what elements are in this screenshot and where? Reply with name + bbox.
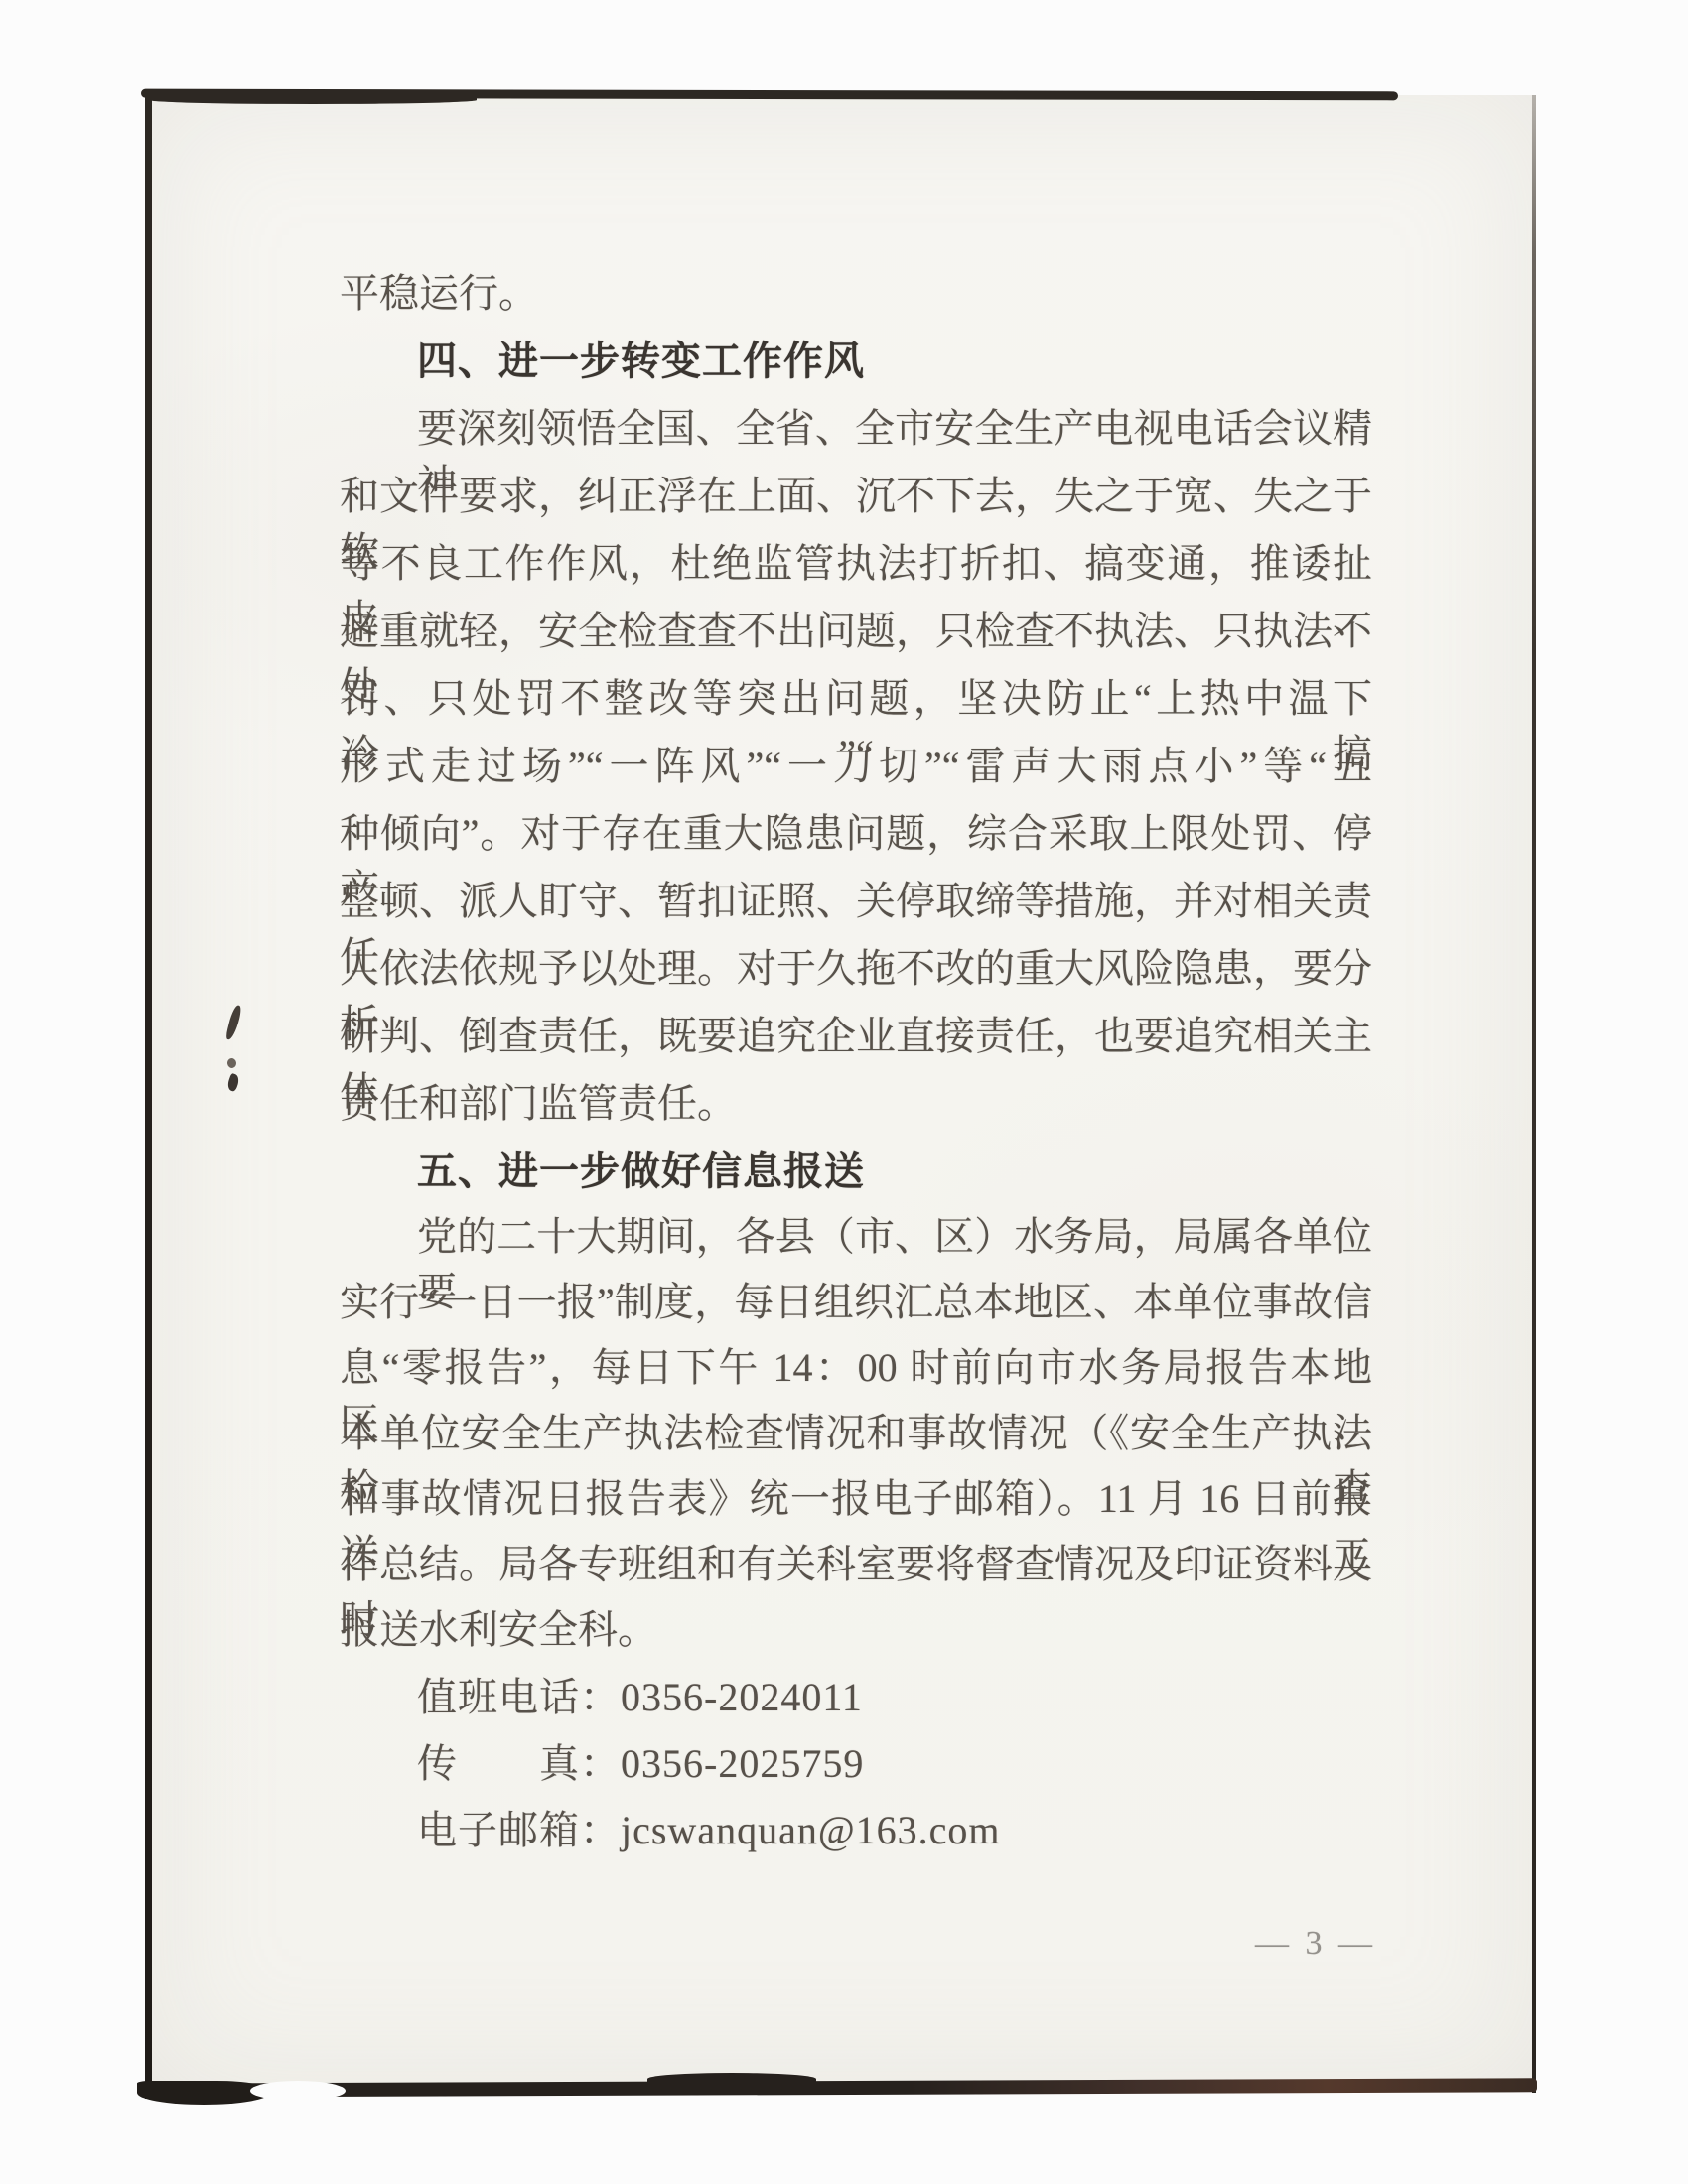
body-line-10: 整顿、派人盯守、暂扣证照、关停取缔等措施，并对相关责任 xyxy=(340,874,1372,929)
body-line-20: 作总结。局各专班组和有关科室要将督查情况及印证资料及时 xyxy=(340,1537,1372,1592)
body-line-13: 责任和部门监管责任。 xyxy=(340,1076,737,1132)
body-line-1: 平稳运行。 xyxy=(340,266,538,322)
page-number: — 3 — xyxy=(1231,1920,1400,1968)
paper-edge-bottom-notch xyxy=(250,2081,346,2101)
paper-edge-right xyxy=(1532,95,1536,2093)
body-line-19: 和事故情况日报告表》统一报电子邮箱）。11 月 16 日前报送工 xyxy=(340,1471,1372,1527)
body-line-11: 人依法依规予以处理。对于久拖不改的重大风险隐患，要分析 xyxy=(340,941,1372,997)
body-line-9: 种倾向”。对于存在重大隐患问题，综合采取上限处罚、停产 xyxy=(340,806,1372,862)
section-heading-four: 四、进一步转变工作作风 xyxy=(417,334,865,389)
fax-line: 传 真：0356-2025759 xyxy=(417,1736,864,1792)
email-line: 电子邮箱：jcswanquan@163.com xyxy=(417,1803,1001,1858)
body-line-12: 研判、倒查责任，既要追究企业直接责任，也要追究相关主体 xyxy=(340,1009,1372,1064)
body-line-16: 实行“一日一报”制度，每日组织汇总本地区、本单位事故信 xyxy=(340,1275,1372,1330)
body-line-17: 息“零报告”，每日下午 14：00 时前向市水务局报告本地区、 xyxy=(340,1340,1372,1396)
paper-edge-bottom-bump xyxy=(647,2073,816,2085)
paper-edge-bottom-corner xyxy=(137,2081,270,2105)
body-line-15: 党的二十大期间，各县（市、区）水务局，局属各单位要 xyxy=(417,1209,1372,1265)
scanned-document-page: 平稳运行。 四、进一步转变工作作风 要深刻领悟全国、全省、全市安全生产电视电话会… xyxy=(0,0,1688,2184)
body-line-8: 形式走过场”“一阵风”“一刀切”“雷声大雨点小”等“五 xyxy=(340,739,1372,794)
duty-phone-line: 值班电话：0356-2024011 xyxy=(417,1670,863,1725)
body-line-5: 等不良工作作风，杜绝监管执法打折扣、搞变通，推诿扯皮、 xyxy=(340,536,1372,592)
body-line-3: 要深刻领悟全国、全省、全市安全生产电视电话会议精神 xyxy=(417,401,1372,457)
body-line-18: 本单位安全生产执法检查情况和事故情况（《安全生产执法检查 xyxy=(340,1406,1372,1461)
paper-edge-left xyxy=(145,91,152,2099)
paper-edge-top-wave xyxy=(149,96,477,104)
section-heading-five: 五、进一步做好信息报送 xyxy=(417,1144,865,1199)
body-line-4: 和文件要求，纠正浮在上面、沉不下去，失之于宽、失之于软 xyxy=(340,469,1372,524)
body-line-21: 报送水利安全科。 xyxy=(340,1602,657,1658)
body-line-7: 罚、只处罚不整改等突出问题，坚决防止“上热中温下冷”“搞 xyxy=(340,671,1372,727)
body-line-6: 避重就轻，安全检查查不出问题，只检查不执法、只执法不处 xyxy=(340,604,1372,659)
